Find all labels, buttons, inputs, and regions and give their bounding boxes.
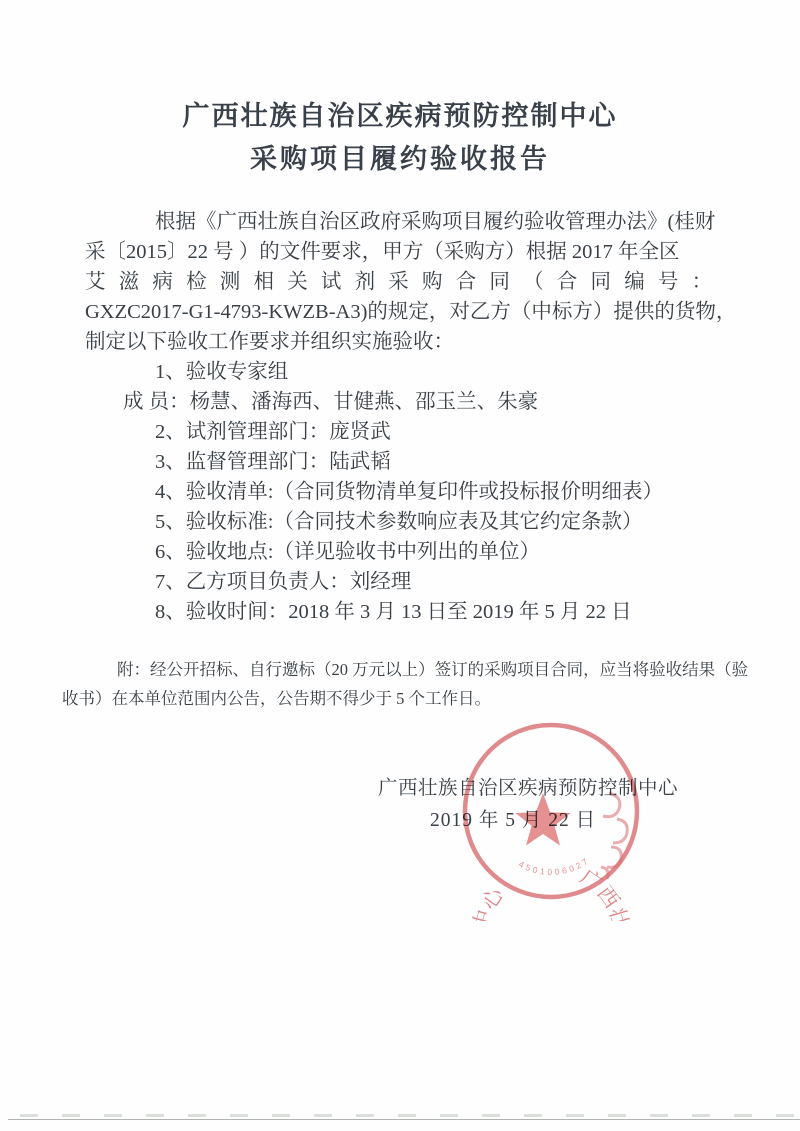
list-item: 2、试剂管理部门：庞贤武 [155,417,755,447]
numbered-list: 1、验收专家组 成 员：杨慧、潘海西、甘健燕、邵玉兰、朱豪 2、试剂管理部门：庞… [155,357,755,627]
paragraph-line: GXZC2017-G1-4793-KWZB-A3)的规定，对乙方（中标方）提供的… [85,297,731,327]
paragraph-line: 根据《广西壮族自治区政府采购项目履约验收管理办法》(桂财 [85,207,731,237]
paragraph-line: 制定以下验收工作要求并组织实施验收： [85,327,731,357]
paragraph-line: 采〔2015〕22 号 ）的文件要求，甲方（采购方）根据 2017 年全区 [85,237,731,267]
list-item: 6、验收地点:（详见验收书中列出的单位） [155,537,755,567]
official-seal-stamp: 广西壮族自治区疾病预防控制中心 4501006027365 [441,701,661,921]
intro-paragraph: 根据《广西壮族自治区政府采购项目履约验收管理办法》(桂财 采〔2015〕22 号… [85,207,731,357]
stamp-smudge-marks [601,793,627,879]
paragraph-line: 艾滋病检测相关试剂采购合同（合同编号： [85,267,731,297]
list-item: 7、乙方项目负责人：刘经理 [155,567,755,597]
doc-title-line1: 广西壮族自治区疾病预防控制中心 [0,94,800,133]
list-item: 8、验收时间：2018 年 3 月 13 日至 2019 年 5 月 22 日 [155,597,755,627]
list-item: 1、验收专家组 [155,357,755,387]
scan-edge-artifact [8,1119,800,1120]
list-item-members: 成 员：杨慧、潘海西、甘健燕、邵玉兰、朱豪 [123,387,755,417]
seal-star [515,793,570,846]
list-item: 3、监督管理部门：陆武韬 [155,447,755,477]
scanned-document-page: 广西壮族自治区疾病预防控制中心 采购项目履约验收报告 根据《广西壮族自治区政府采… [0,0,800,1131]
list-item: 5、验收标准:（合同技术参数响应表及其它约定条款） [155,507,755,537]
list-item: 4、验收清单:（合同货物清单复印件或投标报价明细表） [155,477,755,507]
scan-edge-speckles [20,1114,800,1117]
doc-title-line2: 采购项目履约验收报告 [0,137,800,176]
note-line: 附：经公开招标、自行邀标（20 万元以上）签订的采购项目合同，应当将验收结果（验 [62,655,748,684]
